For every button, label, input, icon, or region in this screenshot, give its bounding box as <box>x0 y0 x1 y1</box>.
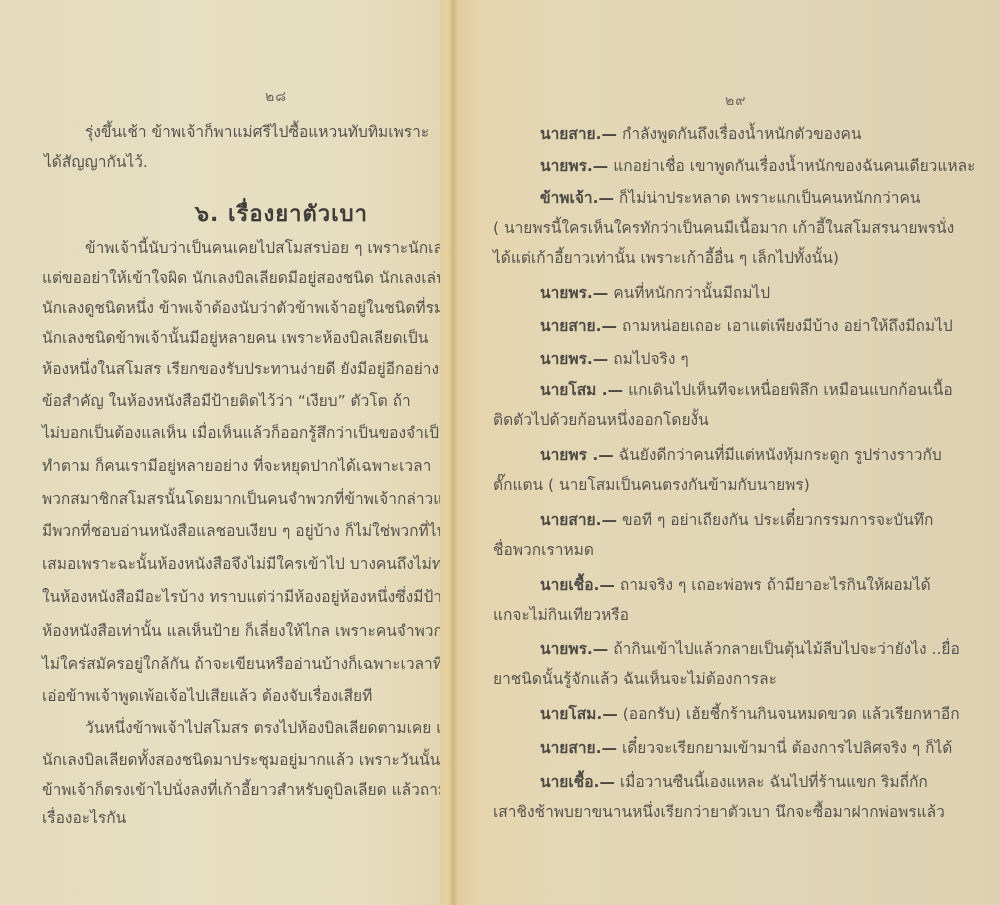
body-line: ห้องหนังสือเท่านั้น แลเห็นป้าย ก็เลี่ยงใ… <box>42 621 452 641</box>
body-line: พวกสมาชิกสโมสรนั้นโดยมากเป็นคนจำพวกที่ข้… <box>42 489 452 509</box>
speaker-label: นายเชื้อ.— <box>540 576 615 594</box>
dialogue-text: ถามหน่อยเถอะ เอาแต่เพียงมีบ้าง อย่าให้ถึ… <box>617 317 953 335</box>
speaker-label: นายพร.— <box>540 640 608 658</box>
continuation-line: ยาชนิดนั้นรู้จักแล้ว ฉันเห็นจะไม่ต้องการ… <box>493 669 777 689</box>
dialogue-line: นายโสม.— (ออกรับ) เฮ้ยชี้กร้านกินจนหมดขว… <box>540 704 960 724</box>
dialogue-line: นายสาย.— กำลังพูดกันถึงเรื่องน้ำหนักตัวข… <box>540 124 862 144</box>
body-line: นักเลงบิลเลียดทั้งสองชนิดมาประชุมอยู่มาก… <box>42 750 452 770</box>
speaker-label: นายพร.— <box>540 157 608 175</box>
right-page: ๒๙ นายสาย.— กำลังพูดกันถึงเรื่องน้ำหนักต… <box>455 0 1000 905</box>
dialogue-text: ถ้ากินเข้าไปแล้วกลายเป็นตุ้นไม้ลีบไปจะว่… <box>608 640 959 658</box>
body-line: นักเลงดูชนิดหนึ่ง ข้าพเจ้าต้องนับว่าตัวข… <box>42 298 444 318</box>
dialogue-line: นายพร.— แกอย่าเชื่อ เขาพูดกันเรื่องน้ำหน… <box>540 156 975 176</box>
continuation-line: แกจะไม่กินเทียวหรือ <box>493 605 629 625</box>
book-gutter <box>448 0 458 905</box>
dialogue-text: แกอย่าเชื่อ เขาพูดกันเรื่องน้ำหนักของฉัน… <box>608 157 975 175</box>
speaker-label: นายเชื้อ.— <box>540 773 615 791</box>
body-line: ไม่ใคร่สมัครอยู่ใกล้กัน ถ้าจะเขียนหรืออ่… <box>42 654 452 674</box>
dialogue-line: นายเชื้อ.— เมื่อวานซืนนี้เองแหละ ฉันไปที… <box>540 772 928 792</box>
body-line: เรื่องอะไรกัน <box>42 808 126 828</box>
dialogue-text: ก็ไม่น่าประหลาด เพราะแกเป็นคนหนักกว่าคน <box>614 189 920 207</box>
body-line: ในห้องหนังสือมีอะไรบ้าง ทราบแต่ว่ามีห้อง… <box>42 587 452 607</box>
speaker-label: นายโสม .— <box>540 381 623 399</box>
speaker-label: นายโสม.— <box>540 705 618 723</box>
speaker-label: นายพร.— <box>540 284 608 302</box>
left-line-2: ได้สัญญากันไว้. <box>44 152 148 172</box>
dialogue-text: ขอที ๆ อย่าเถียงกัน ประเดี๋ยวกรรมการจะบั… <box>617 511 933 529</box>
speaker-label: นายสาย.— <box>540 739 617 757</box>
dialogue-line: นายเชื้อ.— ถามจริง ๆ เถอะพ่อพร ถ้ามียาอะ… <box>540 575 931 595</box>
dialogue-line: นายพร .— ฉันยังดีกว่าคนที่มีแต่หนังหุ้มก… <box>540 445 942 465</box>
body-line: ข้าพเจ้านี้นับว่าเป็นคนเคยไปสโมสรบ่อย ๆ … <box>85 238 452 258</box>
speaker-label: นายสาย.— <box>540 511 617 529</box>
speaker-label: นายสาย.— <box>540 125 617 143</box>
dialogue-line: ข้าพเจ้า.— ก็ไม่น่าประหลาด เพราะแกเป็นคน… <box>540 188 920 208</box>
body-line: นักเลงชนิดข้าพเจ้านั้นมีอยู่หลายคน เพราะ… <box>42 328 428 348</box>
right-page-number: ๒๙ <box>725 90 746 112</box>
body-line: วันหนึ่งข้าพเจ้าไปสโมสร ตรงไปห้องบิลเลีย… <box>85 718 452 738</box>
body-line: ห้องหนึ่งในสโมสร เรียกของรับประทานง่ายดี… <box>42 359 452 379</box>
dialogue-text: ถามจริง ๆ เถอะพ่อพร ถ้ามียาอะไรกินให้ผอม… <box>615 576 931 594</box>
dialogue-line: นายพร.— คนที่หนักกว่านั้นมีถมไป <box>540 283 770 303</box>
narration-line: ( นายพรนี้ใครเห็นใครทักว่าเป็นคนมีเนื้อม… <box>493 218 954 238</box>
continuation-line: ตั๊กแตน ( นายโสมเป็นคนตรงกันข้ามกับนายพร… <box>493 475 810 495</box>
dialogue-text: เมื่อวานซืนนี้เองแหละ ฉันไปที่ร้านแขก ริ… <box>615 773 928 791</box>
open-book-spread: ๒๘ รุ่งขึ้นเช้า ข้าพเจ้าก็พาแม่ศรีไปซื้อ… <box>0 0 1000 905</box>
speaker-label: นายพร.— <box>540 350 608 368</box>
left-page: ๒๘ รุ่งขึ้นเช้า ข้าพเจ้าก็พาแม่ศรีไปซื้อ… <box>0 0 452 905</box>
dialogue-text: คนที่หนักกว่านั้นมีถมไป <box>608 284 770 302</box>
chapter-title: ๖. เรื่องยาตัวเบา <box>195 196 368 231</box>
speaker-label: ข้าพเจ้า.— <box>540 189 614 207</box>
left-line-1: รุ่งขึ้นเช้า ข้าพเจ้าก็พาแม่ศรีไปซื้อแหว… <box>85 122 429 142</box>
dialogue-text: เดี๋ยวจะเรียกยามเข้ามานี่ ต้องการไปลิศจร… <box>617 739 952 757</box>
speaker-label: นายสาย.— <box>540 317 617 335</box>
body-line: แต่ขออย่าให้เข้าใจผิด นักเลงบิลเลียดมีอย… <box>42 268 447 288</box>
dialogue-text: กำลังพูดกันถึงเรื่องน้ำหนักตัวของคน <box>617 125 862 143</box>
left-page-number: ๒๘ <box>265 86 287 108</box>
body-line: มีพวกที่ชอบอ่านหนังสือแลชอบเงียบ ๆ อยู่บ… <box>42 521 446 541</box>
dialogue-line: นายสาย.— ขอที ๆ อย่าเถียงกัน ประเดี๋ยวกร… <box>540 510 933 530</box>
body-line: ไม่บอกเป็นต้องแลเห็น เมื่อเห็นแล้วก็ออกร… <box>42 423 450 443</box>
body-line: เอ่อข้าพเจ้าพูดเพ้อเจ้อไปเสียแล้ว ต้องจั… <box>42 686 372 706</box>
continuation-line: ชื่อพวกเราหมด <box>493 540 594 560</box>
dialogue-text: ฉันยังดีกว่าคนที่มีแต่หนังหุ้มกระดูก รูป… <box>614 446 942 464</box>
speaker-label: นายพร .— <box>540 446 614 464</box>
dialogue-line: นายสาย.— ถามหน่อยเถอะ เอาแต่เพียงมีบ้าง … <box>540 316 953 336</box>
continuation-line: เสาชิงช้าพบยาขนานหนึ่งเรียกว่ายาตัวเบา น… <box>493 802 945 822</box>
dialogue-line: นายพร.— ถ้ากินเข้าไปแล้วกลายเป็นตุ้นไม้ล… <box>540 639 960 659</box>
dialogue-text: แกเดินไปเห็นทีจะเหนื่อยพิลึก เหมือนแบกก้… <box>623 381 953 399</box>
body-line: ทำตาม ก็คนเรามีอยู่หลายอย่าง ที่จะหยุดปา… <box>42 456 431 476</box>
body-line: เสมอเพราะฉะนั้นห้องหนังสือจึงไม่มีใครเข้… <box>42 554 452 574</box>
continuation-line: ติดตัวไปด้วยก้อนหนึ่งออกโดยงั้น <box>493 410 709 430</box>
dialogue-line: นายโสม .— แกเดินไปเห็นทีจะเหนื่อยพิลึก เ… <box>540 380 953 400</box>
dialogue-text: (ออกรับ) เฮ้ยชี้กร้านกินจนหมดขวด แล้วเรี… <box>618 705 960 723</box>
dialogue-text: ถมไปจริง ๆ <box>608 350 688 368</box>
dialogue-line: นายสาย.— เดี๋ยวจะเรียกยามเข้ามานี่ ต้องก… <box>540 738 952 758</box>
body-line: ข้าพเจ้าก็ตรงเข้าไปนั่งลงที่เก้าอี้ยาวสำ… <box>42 780 452 800</box>
dialogue-line: นายพร.— ถมไปจริง ๆ <box>540 349 689 369</box>
body-line: ข้อสำคัญ ในห้องหนังสือมีป้ายติดไว้ว่า “เ… <box>42 391 411 411</box>
narration-line: ได้แต่เก้าอี้ยาวเท่านั้น เพราะเก้าอี้อื่… <box>493 248 839 268</box>
